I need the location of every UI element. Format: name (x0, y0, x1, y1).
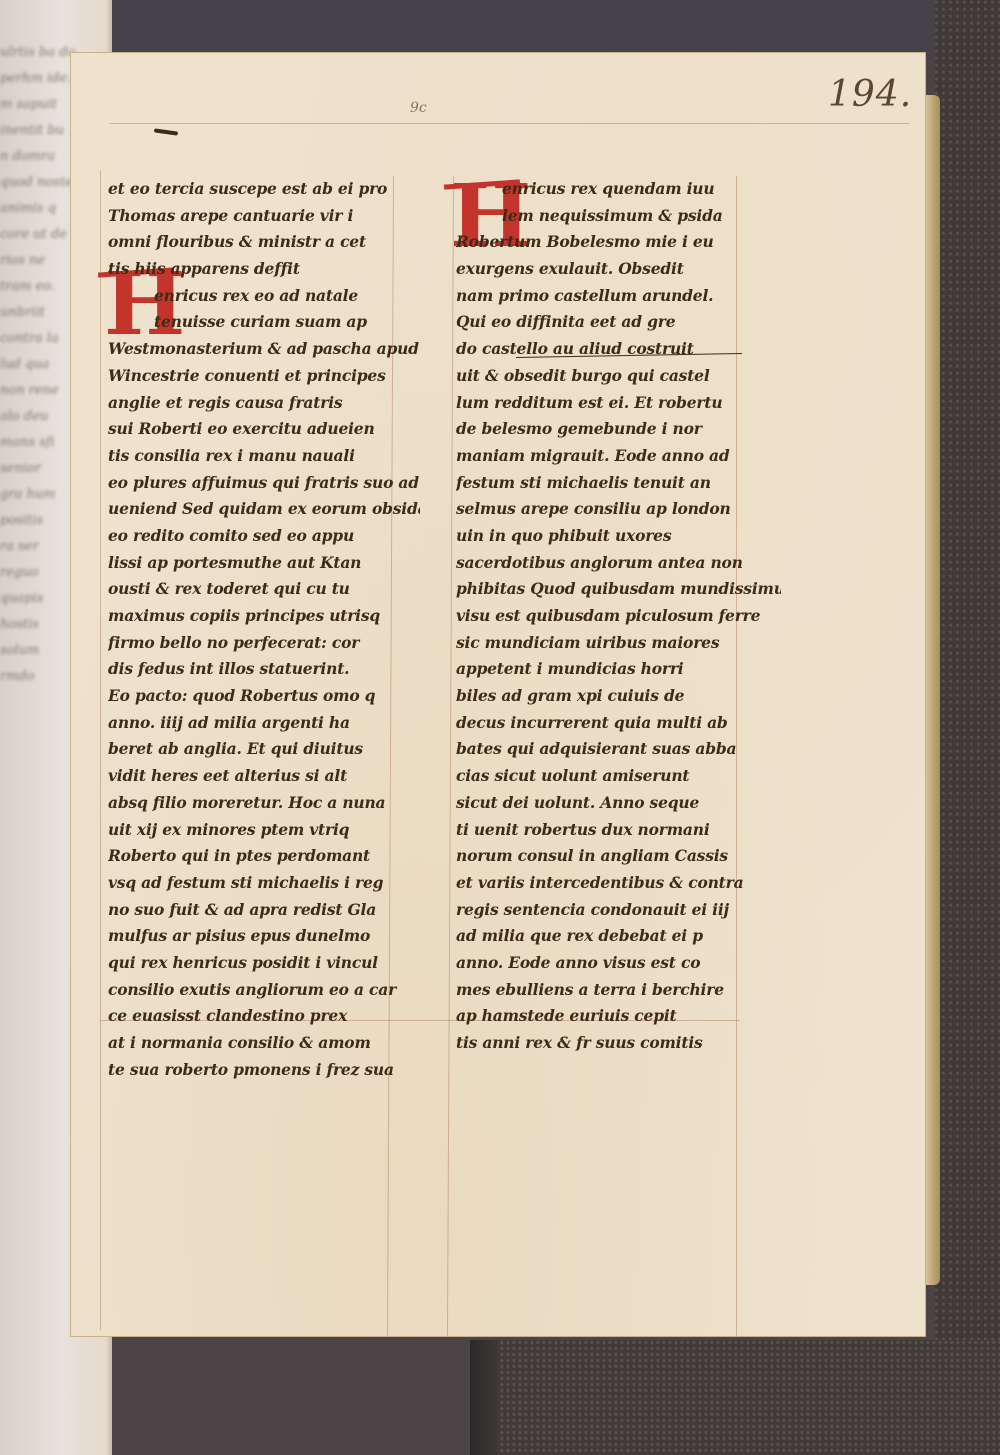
text-line: maximus copiis principes utrisq (108, 603, 420, 630)
cradle-shadow (470, 1340, 500, 1455)
text-line: Roberto qui in ptes perdomant (108, 843, 420, 870)
text-line: lissi ap portesmuthe aut Ktan (108, 550, 420, 577)
text-line: ce euasisst clandestino prex (108, 1003, 420, 1030)
text-line: ousti & rex toderet qui cu tu (108, 576, 420, 603)
text-line: omni flouribus & ministr a cet (108, 229, 420, 256)
text-line: bates qui adquisierant suas abba (456, 736, 781, 763)
cradle-background-bottom-right (470, 1340, 1000, 1455)
text-line: vsq ad festum sti michaelis i reg (108, 870, 420, 897)
text-line: sacerdotibus anglorum antea non (456, 550, 781, 577)
text-line: dis fedus int illos statuerint. (108, 656, 420, 683)
text-line: mes ebulliens a terra i berchire (456, 977, 781, 1004)
text-line: Westmonasterium & ad pascha apud (108, 336, 420, 363)
text-line: lum redditum est ei. Et robertu (456, 390, 781, 417)
text-line: ueniend Sed quidam ex eorum obsidat (108, 496, 420, 523)
text-line: uin in quo phibuit uxores (456, 523, 781, 550)
text-line: firmo bello no perfecerat: cor (108, 630, 420, 657)
text-line: appetent i mundicias horri (456, 656, 781, 683)
cradle-background-right (935, 0, 1000, 1455)
text-line: ap hamstede euriuis cepit (456, 1003, 781, 1030)
text-line: decus incurrerent quia multi ab (456, 710, 781, 737)
text-line: uit xij ex minores ptem vtriq (108, 817, 420, 844)
text-line: lem nequissimum & psida (456, 203, 781, 230)
text-line: et eo tercia suscepe est ab ei pro (108, 176, 420, 203)
text-line: uit & obsedit burgo qui castel (456, 363, 781, 390)
text-line: et variis intercedentibus & contra (456, 870, 781, 897)
text-line: tis consilia rex i manu nauali (108, 443, 420, 470)
text-line: tenuisse curiam suam ap (108, 309, 420, 336)
leaf-edge-stain (926, 95, 940, 1285)
folio-number: 194. (828, 74, 912, 115)
text-line: consilio exutis angliorum eo a car (108, 977, 420, 1004)
text-line: de belesmo gemebunde i nor (456, 416, 781, 443)
text-column-right: enricus rex quendam iuu lem nequissimum … (456, 176, 781, 1057)
ruling-line-left-margin (100, 170, 101, 1330)
text-line: visu est quibusdam piculosum ferre (456, 603, 781, 630)
text-line: vidit heres eet alterius si alt (108, 763, 420, 790)
text-line: tis hiis apparens deffit (108, 256, 420, 283)
text-line: beret ab anglia. Et qui diuitus (108, 736, 420, 763)
cradle-background-top (100, 0, 1000, 60)
text-line: nam primo castellum arundel. (456, 283, 781, 310)
text-line: selmus arepe consiliu ap london (456, 496, 781, 523)
text-line: sicut dei uolunt. Anno seque (456, 790, 781, 817)
text-line: regis sentencia condonauit ei iij (456, 897, 781, 924)
text-line: mulfus ar pisius epus dunelmo (108, 923, 420, 950)
text-line: absq filio moreretur. Hoc a nuna (108, 790, 420, 817)
text-line: anglie et regis causa fratris (108, 390, 420, 417)
text-line: qui rex henricus posidit i vincul (108, 950, 420, 977)
text-line: eo redito comito sed eo appu (108, 523, 420, 550)
text-line: Qui eo diffinita eet ad gre (456, 309, 781, 336)
text-line: eo plures affuimus qui fratris suo ad (108, 470, 420, 497)
text-line: tis anni rex & fr suus comitis (456, 1030, 781, 1057)
text-line: Wincestrie conuenti et principes (108, 363, 420, 390)
text-line: Robertum Bobelesmo mie i eu (456, 229, 781, 256)
text-line: sic mundiciam uiribus maiores (456, 630, 781, 657)
text-line: enricus rex quendam iuu (456, 176, 781, 203)
text-column-left: et eo tercia suscepe est ab ei pro Thoma… (108, 176, 420, 1083)
cradle-background-bottom-left (100, 1330, 480, 1455)
text-line: maniam migrauit. Eode anno ad (456, 443, 781, 470)
text-line: ad milia que rex debebat ei p (456, 923, 781, 950)
text-line: no suo fuit & ad apra redist Gla (108, 897, 420, 924)
quire-mark: 9c (410, 100, 427, 116)
ruling-line-top (110, 123, 910, 124)
text-line: enricus rex eo ad natale (108, 283, 420, 310)
text-line: te sua roberto pmonens i frez sua (108, 1057, 420, 1084)
text-line: biles ad gram xpi cuiuis de (456, 683, 781, 710)
text-line: sui Roberti eo exercitu adueien (108, 416, 420, 443)
text-line: Thomas arepe cantuarie vir i (108, 203, 420, 230)
text-line: ti uenit robertus dux normani (456, 817, 781, 844)
text-line: anno. iiij ad milia argenti ha (108, 710, 420, 737)
text-line: cias sicut uolunt amiserunt (456, 763, 781, 790)
text-line: do castello au aliud costruit (456, 336, 781, 363)
text-line: phibitas Quod quibusdam mundissimu (456, 576, 781, 603)
text-line: norum consul in angliam Cassis (456, 843, 781, 870)
text-line: at i normania consilio & amom (108, 1030, 420, 1057)
text-line: exurgens exulauit. Obsedit (456, 256, 781, 283)
text-line: festum sti michaelis tenuit an (456, 470, 781, 497)
text-line: anno. Eode anno visus est co (456, 950, 781, 977)
text-line: Eo pacto: quod Robertus omo q (108, 683, 420, 710)
